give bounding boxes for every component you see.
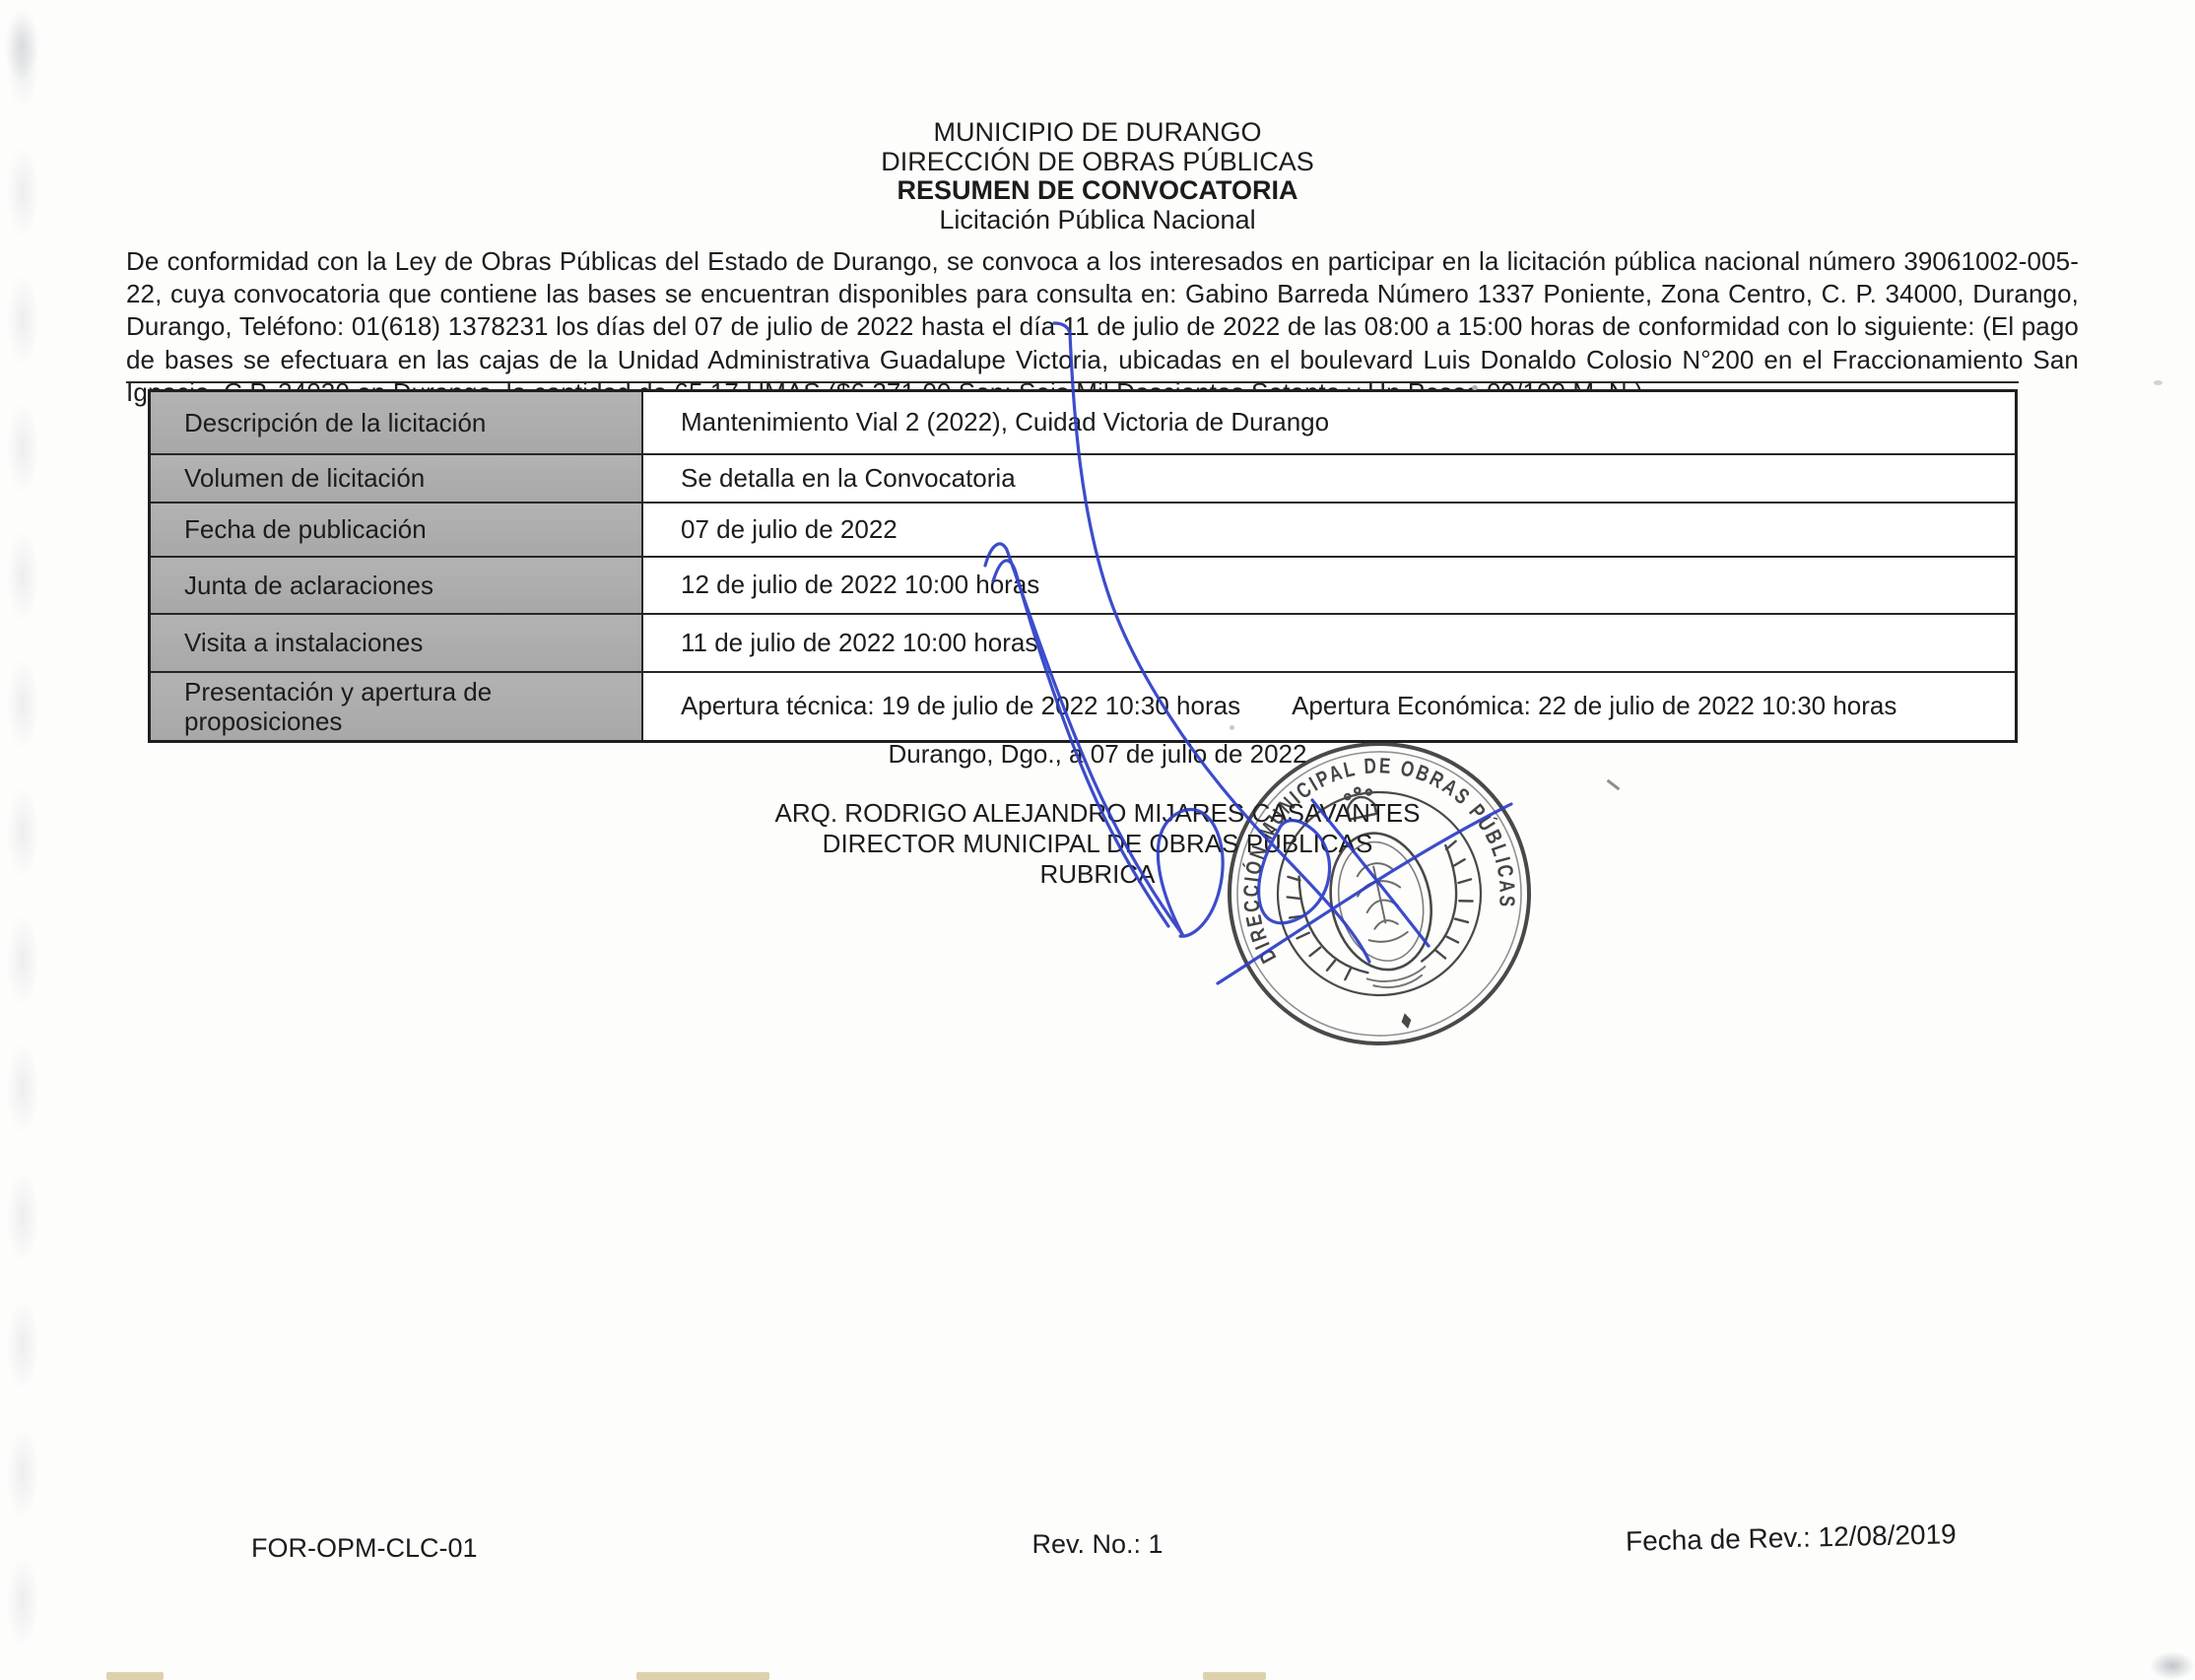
scan-speck [1472,385,1478,390]
signature-stroke [985,544,1182,934]
scanned-document-page: { "doc": { "header": { "line1": "MUNICIP… [0,0,2195,1680]
signature-stroke [1158,810,1223,937]
scan-blob-top-left [4,8,39,81]
scan-mark-bottom [636,1672,769,1680]
scan-mark-bottom [106,1672,164,1680]
signature-stroke [1054,323,1369,962]
scan-speck [1230,725,1234,730]
signature-stroke [1218,804,1511,983]
scan-mark-bottom [1203,1672,1266,1680]
scan-speck [2154,380,2162,385]
scan-edge-artifact-left [0,0,45,1680]
signature-stroke [1259,821,1330,923]
scan-smudge-bottom-right [2150,1651,2195,1680]
handwritten-signature [0,0,2195,1680]
